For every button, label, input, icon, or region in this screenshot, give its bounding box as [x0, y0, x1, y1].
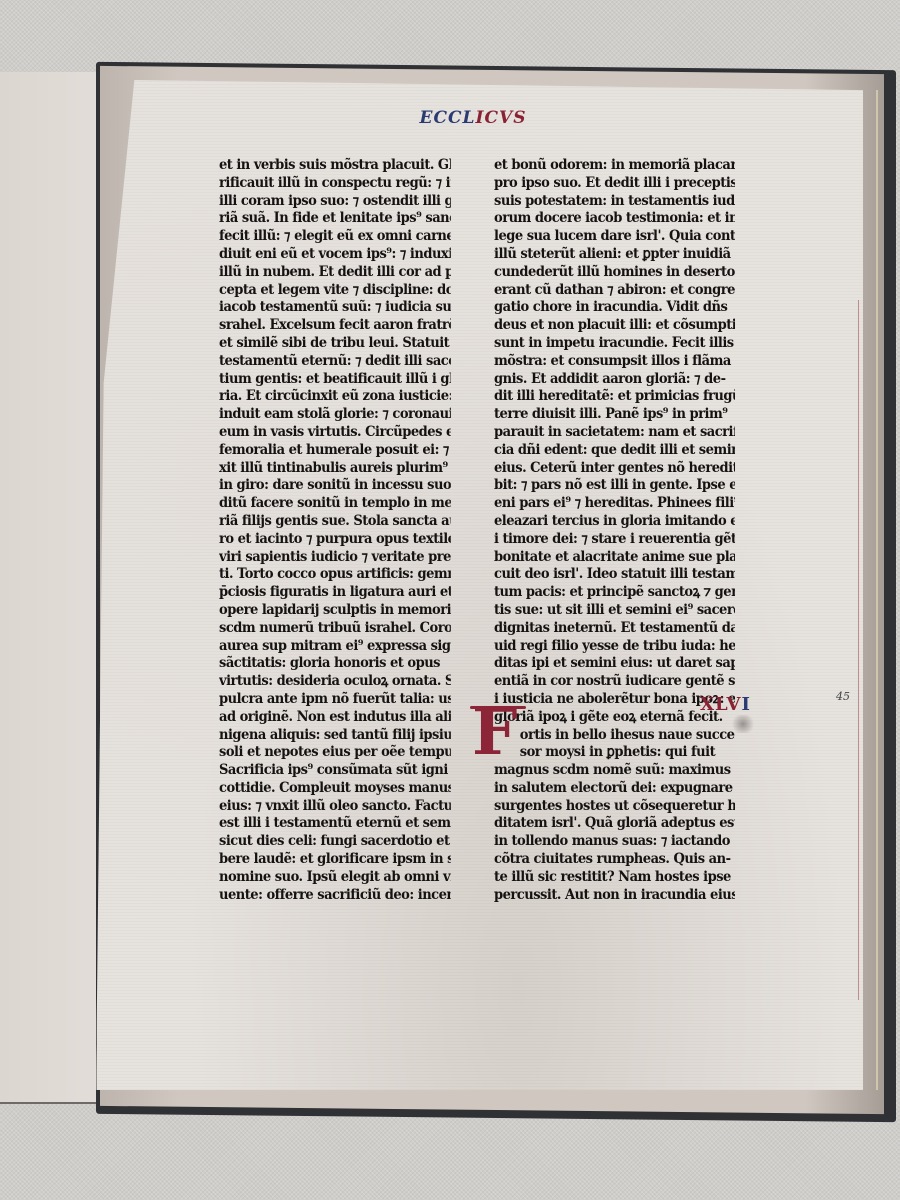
text-line: ditatem isrl'. Quã gloriã adeptus est [494, 815, 735, 833]
text-line: ro et iacinto ⁊ purpura opus textile [219, 531, 451, 549]
text-line: cõtra ciuitates rumpheas. Quis an- [494, 851, 735, 869]
text-line: nomine suo. Ipsũ elegit ab omni vi- [219, 869, 451, 887]
text-line: testamentũ eternũ: ⁊ dedit illi sacerdo- [219, 353, 451, 371]
text-line: cepta et legem vite ⁊ discipline: docere [219, 282, 451, 300]
text-line: cuit deo isrl'. Ideo statuit illi testam… [494, 566, 735, 584]
text-line: lege sua lucem dare isrl'. Quia contra [494, 228, 735, 246]
text-line: suis potestatem: in testamentis iudici- [494, 193, 735, 211]
marginal-note: 45 [836, 690, 850, 703]
text-line: bere laudẽ: et glorificare ipsm in suũ i… [219, 851, 451, 869]
text-line: et bonũ odorem: in memoriã placare [494, 157, 735, 175]
text-line: xit illũ tintinabulis aureis plurim⁹ [219, 460, 451, 478]
text-line: et similẽ sibi de tribu leui. Statuit il… [219, 335, 451, 353]
text-line: p̄ciosis figuratis in ligatura auri et [219, 584, 451, 602]
text-line: i timore dei: ⁊ stare i reuerentia gẽtis… [494, 531, 735, 549]
text-line: riã filijs gentis sue. Stola sancta au- [219, 513, 451, 531]
text-line: srahel. Excelsum fecit aaron fratrẽ suũ: [219, 317, 451, 335]
vellum-page [96, 80, 863, 1090]
text-line: magnus scdm nomẽ suũ: maximus [494, 762, 735, 780]
text-line: induit eam stolã glorie: ⁊ coronauit [219, 406, 451, 424]
text-line: erant cũ dathan ⁊ abiron: et congre- [494, 282, 735, 300]
running-head: ECCLICVS [413, 108, 533, 132]
text-line: dit illi hereditatẽ: et primicias frugũ [494, 388, 735, 406]
text-line: scdm numerũ tribuũ israhel. Corona [219, 620, 451, 638]
text-line: in giro: dare sonitũ in incessu suo: au- [219, 477, 451, 495]
text-line: riã suã. In fide et lenitate ips⁹ sanctũ [219, 210, 451, 228]
text-line: tium gentis: et beatificauit illũ i glo- [219, 371, 451, 389]
text-column-right: et bonũ odorem: in memoriã placarepro ip… [494, 157, 735, 904]
text-line: cia dñi edent: que dedit illi et semini [494, 442, 735, 460]
text-line: soli et nepotes eius per oẽe tempus. [219, 744, 451, 762]
text-line: opere lapidarij sculptis in memoriã: [219, 602, 451, 620]
text-line: illi coram ipso suo: ⁊ ostendit illi glo… [219, 193, 451, 211]
text-line: ria. Et circũcinxit eũ zona iusticie: et [219, 388, 451, 406]
text-line: ditũ facere sonitũ in templo in memo- [219, 495, 451, 513]
chapter-number: XLVI [700, 694, 751, 715]
text-line: est illi i testamentũ eternũ et semini e… [219, 815, 451, 833]
text-line: uid regi filio yesse de tribu iuda: here… [494, 638, 735, 656]
ink-stain [730, 715, 756, 733]
running-head-blue: ECCL [420, 108, 476, 128]
text-line: illũ steterũt alieni: et ꝑpter inuidiã c… [494, 246, 735, 264]
text-line: eleazari tercius in gloria imitando eũ [494, 513, 735, 531]
text-line: eum in vasis virtutis. Circũpedes et [219, 424, 451, 442]
text-line: gloriã ipoꝝ i gẽte eoꝝ eternã fecit. [494, 709, 735, 727]
text-line: parauit in sacietatem: nam et sacrifi- [494, 424, 735, 442]
text-line: eius. Ceterũ inter gentes nõ heredita- [494, 460, 735, 478]
text-line: sicut dies celi: fungi sacerdotio et ha- [219, 833, 451, 851]
text-line: femoralia et humerale posuit ei: ⁊ cin- [219, 442, 451, 460]
text-line: viri sapientis iudicio ⁊ veritate predi- [219, 549, 451, 567]
text-line: et in verbis suis mõstra placuit. Glo- [219, 157, 451, 175]
text-line: sor moysi in ꝑphetis: qui fuit [494, 744, 735, 762]
text-line: nigena aliquis: sed tantũ filij ipsius [219, 727, 451, 745]
text-line: rificauit illũ in conspectu regũ: ⁊ iuss… [219, 175, 451, 193]
text-line: dignitas ineternũ. Et testamentũ da- [494, 620, 735, 638]
text-line: uente: offerre sacrificiũ deo: incensum [219, 887, 451, 905]
text-line: iacob testamentũ suũ: ⁊ iudicia sua i- [219, 299, 451, 317]
red-margin-rule [858, 300, 859, 1000]
text-line: pulcra ante ipm nõ fuerũt talia: usq; [219, 691, 451, 709]
text-line: eius: ⁊ vnxit illũ oleo sancto. Factum [219, 798, 451, 816]
text-line: deus et non placuit illi: et cõsumpti [494, 317, 735, 335]
text-line: diuit eni eũ et vocem ips⁹: ⁊ induxit [219, 246, 451, 264]
text-line: tum pacis: et principẽ sanctoꝝ ⁊ gen- [494, 584, 735, 602]
text-line: cottidie. Compleuit moyses manus [219, 780, 451, 798]
text-line: gnis. Et addidit aaron gloriã: ⁊ de- [494, 371, 735, 389]
text-line: ti. Torto cocco opus artificis: gemmis [219, 566, 451, 584]
text-line: fecit illũ: ⁊ elegit eũ ex omni carne. A… [219, 228, 451, 246]
text-line: gatio chore in iracundia. Vidit dñs [494, 299, 735, 317]
text-line: tis sue: ut sit illi et semini ei⁹ sacer… [494, 602, 735, 620]
text-line: Sacrificia ips⁹ consũmata sũt igni [219, 762, 451, 780]
text-line: terre diuisit illi. Panẽ ips⁹ in prim⁹ [494, 406, 735, 424]
text-line: percussit. Aut non in iracundia eius [494, 887, 735, 905]
text-line: entiã in cor nostrũ iudicare gentẽ suã [494, 673, 735, 691]
text-line: surgentes hostes ut cõsequeretur here- [494, 798, 735, 816]
text-line: illũ in nubem. Et dedit illi cor ad pre- [219, 264, 451, 282]
text-column-left: et in verbis suis mõstra placuit. Glo-ri… [219, 157, 451, 904]
chapter-number-blue: I [741, 694, 750, 715]
illuminated-initial: F [472, 702, 524, 764]
text-line: virtutis: desideria oculoꝝ ornata. Sic [219, 673, 451, 691]
text-line: mõstra: et consumpsit illos i flãma i- [494, 353, 735, 371]
text-line: eni pars ei⁹ ⁊ hereditas. Phinees fili⁹ [494, 495, 735, 513]
text-line: orum docere iacob testimonia: et in [494, 210, 735, 228]
gilt-edge-line [876, 90, 878, 1090]
text-line: aurea sup mitram ei⁹ expressa signo [219, 638, 451, 656]
text-line: sunt in impetu iracundie. Fecit illis [494, 335, 735, 353]
text-line: bonitate et alacritate anime sue pla- [494, 549, 735, 567]
text-line: i iusticia ne abolerẽtur bona ipoꝝ: et [494, 691, 735, 709]
running-head-red: ICVS [476, 108, 527, 128]
text-line: in tollendo manus suas: ⁊ iactando [494, 833, 735, 851]
text-line: bit: ⁊ pars nõ est illi in gente. Ipse e… [494, 477, 735, 495]
text-line: te illũ sic restitit? Nam hostes ipse dñ… [494, 869, 735, 887]
text-line: cundederũt illũ homines in deserto qui [494, 264, 735, 282]
text-line: ortis in bello ihesus naue succes- [494, 727, 735, 745]
text-line: in salutem electorũ dei: expugnare in- [494, 780, 735, 798]
text-line: ad originẽ. Non est indutus illa alie- [219, 709, 451, 727]
chapter-number-red: XLV [700, 694, 741, 715]
text-line: ditas ipi et semini eius: ut daret sapi- [494, 655, 735, 673]
text-line: pro ipso suo. Et dedit illi i preceptis [494, 175, 735, 193]
text-line: sãctitatis: gloria honoris et opus [219, 655, 451, 673]
